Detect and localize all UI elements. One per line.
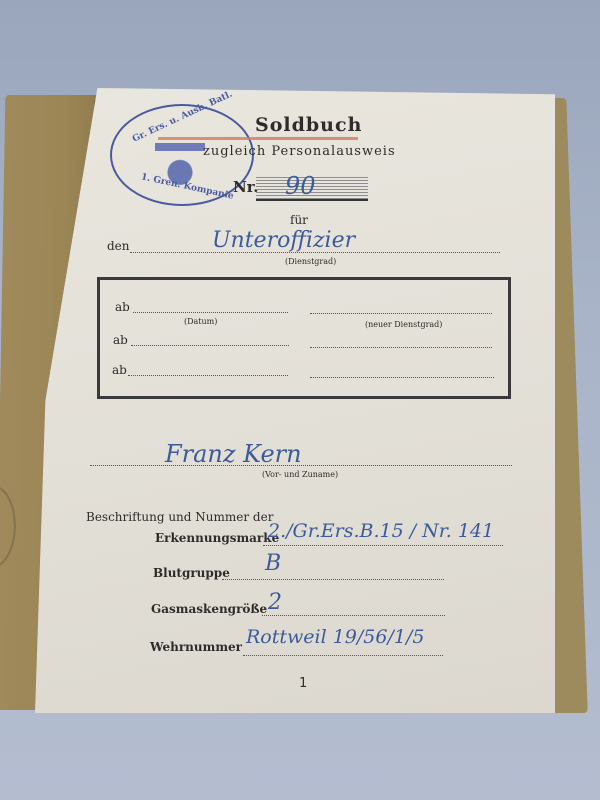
rank-value: Unteroffizier	[212, 228, 355, 253]
document-subtitle: zugleich Personalausweis	[203, 144, 396, 159]
promotion-row-3-rank-line	[310, 377, 494, 378]
name-caption: (Vor- und Zuname)	[262, 470, 338, 479]
document-title: Soldbuch	[255, 114, 362, 136]
faded-stamp-mark	[0, 485, 17, 569]
blood-line	[222, 579, 444, 580]
gasmask-label: Gasmaskengröße	[151, 602, 267, 616]
tag-intro-label: Beschriftung und Nummer der	[86, 510, 273, 524]
wehrnummer-value: Rottweil 19/56/1/5	[246, 626, 424, 648]
blood-label: Blutgruppe	[153, 566, 230, 580]
number-label: Nr.	[233, 178, 258, 196]
tag-label: Erkennungsmarke	[155, 531, 279, 545]
page-number: 1	[299, 676, 307, 691]
den-label: den	[107, 239, 130, 253]
fur-label: für	[290, 213, 308, 227]
promotion-row-1-date-line	[133, 312, 288, 313]
wehrnummer-line	[243, 655, 443, 656]
new-rank-caption: (neuer Dienstgrad)	[365, 320, 442, 329]
gasmask-value: 2	[268, 590, 282, 615]
promotion-row-2-rank-line	[310, 347, 492, 348]
blood-value: B	[265, 551, 281, 576]
date-caption: (Datum)	[184, 317, 217, 326]
promotion-row-2-label: ab	[113, 333, 128, 347]
promotion-row-1-label: ab	[115, 300, 130, 314]
wehrnummer-label: Wehrnummer	[150, 640, 242, 654]
tag-line	[263, 545, 503, 546]
tag-value: 2./Gr.Ers.B.15 / Nr. 141	[268, 520, 494, 542]
rank-caption: (Dienstgrad)	[285, 257, 336, 266]
promotion-box	[97, 277, 511, 399]
promotion-row-1-rank-line	[310, 313, 492, 314]
number-value: 90	[285, 172, 316, 200]
promotion-row-3-date-line	[128, 375, 288, 376]
gasmask-line	[262, 615, 445, 616]
promotion-row-3-label: ab	[112, 363, 127, 377]
promotion-row-2-date-line	[131, 345, 289, 346]
name-value: Franz Kern	[165, 440, 302, 468]
red-underline	[158, 137, 358, 140]
